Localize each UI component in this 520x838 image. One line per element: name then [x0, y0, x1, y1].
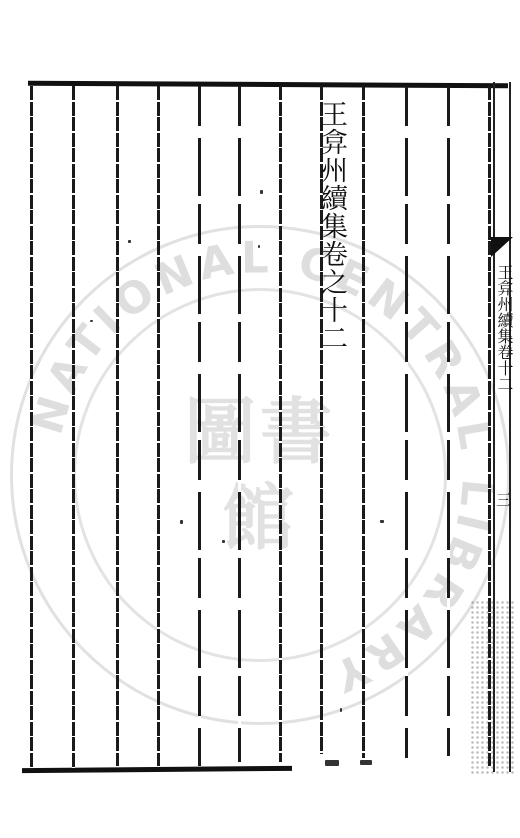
seal-center-characters: 圖書館	[160, 389, 360, 561]
volume-title: 王弇州續集卷之十二	[316, 100, 346, 352]
ink-speck	[222, 540, 225, 543]
seal-ring-text: NATIONAL CENTRAL LIBRARY	[13, 228, 507, 722]
ink-speck	[90, 320, 93, 322]
column-rule	[279, 86, 282, 762]
seal-inner-ring	[73, 288, 447, 662]
ink-speck	[260, 190, 263, 194]
ink-speck	[360, 760, 372, 765]
book-page: NATIONAL CENTRAL LIBRARY 圖書館 王弇州續集卷之十二 王…	[0, 0, 520, 838]
column-rule	[405, 86, 408, 758]
ink-speck	[258, 245, 260, 248]
paper-stain	[470, 600, 515, 775]
ink-speck	[180, 520, 183, 524]
column-rule	[116, 86, 119, 766]
spine-title: 王弇州續集卷十二	[493, 264, 513, 392]
fishtail-mark-icon	[491, 237, 513, 257]
column-rule	[362, 86, 365, 758]
ink-speck	[325, 760, 339, 766]
column-rule	[157, 86, 160, 766]
top-frame-border	[28, 81, 508, 89]
page-number: 三	[494, 492, 514, 507]
ink-speck	[380, 520, 384, 523]
column-rule	[447, 86, 450, 756]
library-seal-watermark: NATIONAL CENTRAL LIBRARY 圖書館	[10, 225, 510, 725]
column-rule	[198, 86, 201, 766]
bottom-frame-border	[22, 766, 292, 773]
column-rule	[30, 86, 33, 770]
column-rule	[72, 86, 75, 768]
svg-text:NATIONAL CENTRAL LIBRARY: NATIONAL CENTRAL LIBRARY	[23, 233, 502, 703]
ink-speck	[128, 240, 131, 243]
ink-speck	[340, 708, 342, 712]
column-rule	[238, 86, 241, 762]
